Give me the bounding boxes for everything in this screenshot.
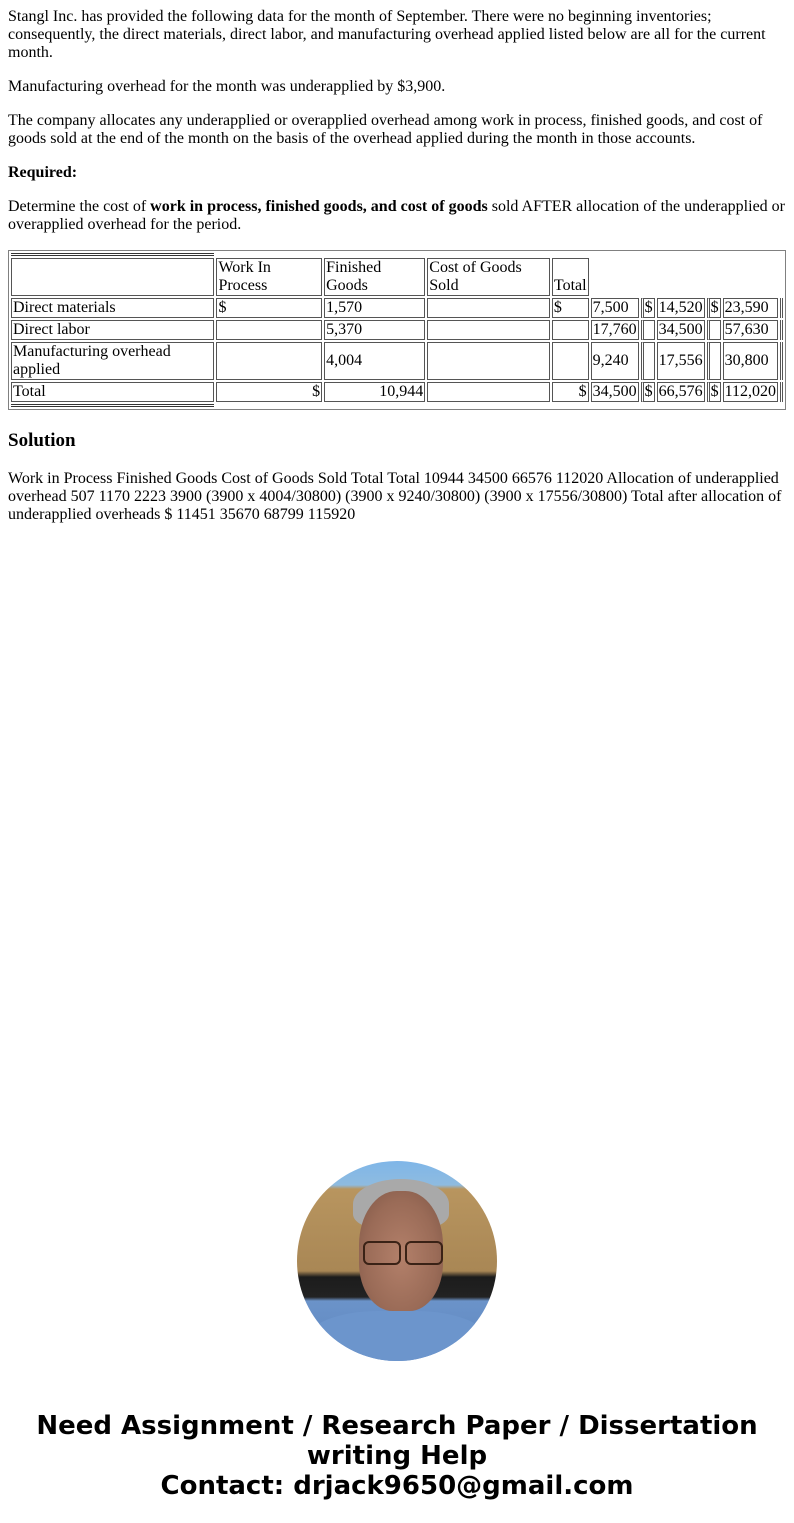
solution-text: Work in Process Finished Goods Cost of G… bbox=[8, 470, 786, 524]
header-total: Total bbox=[552, 258, 589, 296]
table-row: Direct materials $ 1,570 $ 7,500 $ 14,52… bbox=[11, 298, 783, 318]
table-row: Direct labor 5,370 17,760 34,500 57,630 bbox=[11, 320, 783, 340]
problem-intro: Stangl Inc. has provided the following d… bbox=[8, 8, 786, 62]
required-heading: Required: bbox=[8, 164, 786, 182]
promo-line-1: Need Assignment / Research Paper / Disse… bbox=[0, 1411, 794, 1441]
avatar bbox=[297, 1161, 497, 1361]
cost-data-table: Work In Process Finished Goods Cost of G… bbox=[8, 250, 786, 410]
document: Stangl Inc. has provided the following d… bbox=[0, 8, 794, 524]
promo-text: Need Assignment / Research Paper / Disse… bbox=[0, 1411, 794, 1501]
header-wip: Work In Process bbox=[216, 258, 322, 296]
header-fg: Finished Goods bbox=[324, 258, 425, 296]
table-header-row: Work In Process Finished Goods Cost of G… bbox=[11, 258, 783, 296]
promo-contact: Contact: drjack9650@gmail.com bbox=[0, 1471, 794, 1501]
table-row-total: Total $ 10,944 $ 34,500 $ 66,576 $ 112,0… bbox=[11, 382, 783, 402]
table-row: Manufacturing overhead applied 4,004 9,2… bbox=[11, 342, 783, 380]
glasses-icon bbox=[363, 1241, 443, 1263]
task-bold: work in process, finished goods, and cos… bbox=[150, 198, 488, 215]
allocation-policy: The company allocates any underapplied o… bbox=[8, 112, 786, 148]
header-blank bbox=[11, 258, 214, 296]
task-statement: Determine the cost of work in process, f… bbox=[8, 198, 786, 234]
underapplied-statement: Manufacturing overhead for the month was… bbox=[8, 78, 786, 96]
promo-line-2: writing Help bbox=[0, 1441, 794, 1471]
header-cogs: Cost of Goods Sold bbox=[427, 258, 550, 296]
promo-banner: Need Assignment / Research Paper / Disse… bbox=[0, 1158, 794, 1501]
solution-heading: Solution bbox=[8, 430, 786, 452]
